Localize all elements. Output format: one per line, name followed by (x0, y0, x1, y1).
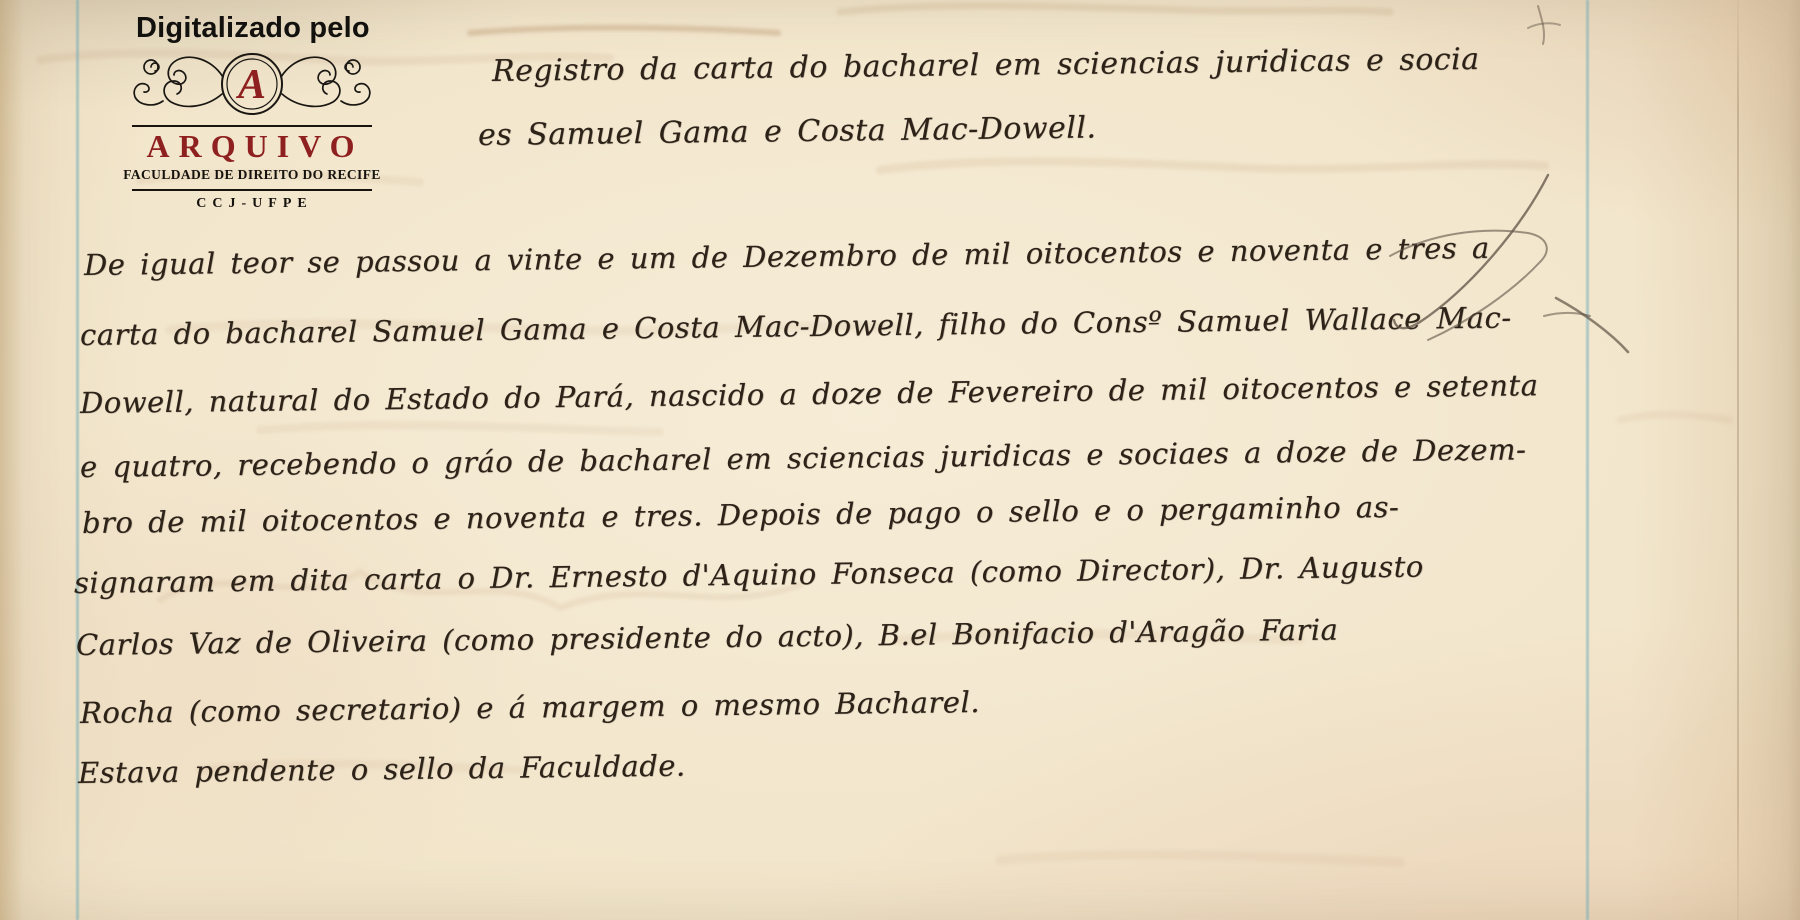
manuscript-body-line-1: De igual teor se passou a vinte e um de … (84, 231, 1490, 282)
manuscript-heading-line-1: Registro da carta do bacharel em scienci… (492, 42, 1480, 89)
manuscript-body-line-3: Dowell, natural do Estado do Pará, nasci… (80, 368, 1539, 420)
manuscript-body-line-7: Carlos Vaz de Oliveira (como presidente … (76, 613, 1339, 662)
manuscript-body-line-9: Estava pendente o sello da Faculdade. (78, 749, 686, 790)
manuscript-body-line-8: Rocha (como secretario) e á margem o mes… (80, 685, 980, 730)
scanned-document-page: Digitalizado pelo A ARQUI (0, 0, 1800, 920)
manuscript-body-line-4: e quatro, recebendo o gráo de bacharel e… (80, 432, 1527, 484)
manuscript-body-line-5: bro de mil oitocentos e noventa e tres. … (82, 490, 1400, 540)
manuscript-body-line-6: signaram em dita carta o Dr. Ernesto d'A… (74, 550, 1424, 600)
manuscript-heading-line-2: es Samuel Gama e Costa Mac-Dowell. (478, 110, 1097, 153)
manuscript-body-line-2: carta do bacharel Samuel Gama e Costa Ma… (80, 301, 1512, 352)
manuscript-text-block: Registro da carta do bacharel em scienci… (0, 0, 1800, 920)
